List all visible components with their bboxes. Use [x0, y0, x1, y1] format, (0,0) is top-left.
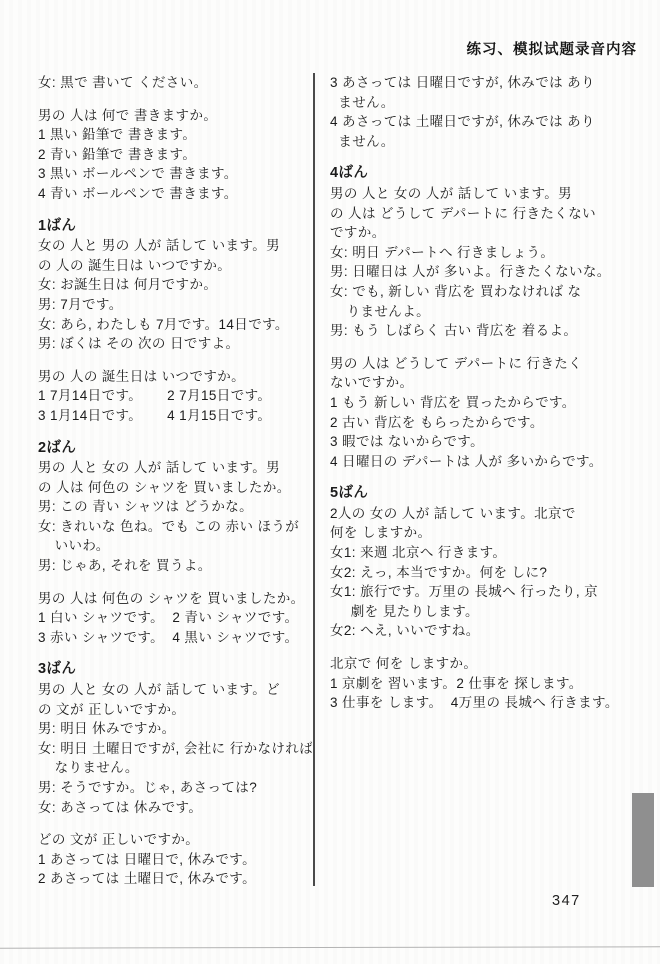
section: 男の 人は 何色の シャツを 買いましたか。1 白い シャツです。 2 青い シ… — [38, 589, 312, 648]
text-line: 女2: へえ, いいですね。 — [330, 621, 644, 641]
text-line: 女1: 旅行です。万里の 長城へ 行ったり, 京 — [330, 582, 644, 602]
text-line: 4 青い ボールペンで 書きます。 — [38, 184, 312, 204]
section: どの 文が 正しいですか。1 あさっては 日曜日で, 休みです。2 あさっては … — [38, 830, 312, 889]
text-line: の 人は 何色の シャツを 買いましたか。 — [38, 478, 312, 498]
text-line: 3 1月14日です。 4 1月15日です。 — [38, 406, 312, 426]
section-heading: 4ばん — [330, 164, 644, 184]
section: 3 あさっては 日曜日ですが, 休みでは あり ません。4 あさっては 土曜日で… — [330, 73, 644, 151]
text-line: ません。 — [330, 93, 644, 113]
section-heading: 3ばん — [38, 660, 312, 680]
text-line: 男: 7月です。 — [38, 295, 312, 315]
text-line: 3 あさっては 日曜日ですが, 休みでは あり — [330, 73, 644, 93]
text-line: りませんよ。 — [330, 302, 644, 322]
text-line: ないですか。 — [330, 373, 644, 393]
column-divider-rule — [313, 73, 315, 886]
text-line: 男の 人の 誕生日は いつですか。 — [38, 367, 312, 387]
text-line: 男: そうですか。じゃ, あさっては? — [38, 778, 312, 798]
text-line: 3 仕事を します。 4万里の 長城へ 行きます。 — [330, 693, 644, 713]
text-line: 男の 人は どうして デパートに 行きたく — [330, 354, 644, 374]
text-line: 1 京劇を 習います。2 仕事を 探します。 — [330, 674, 644, 694]
edge-tab — [632, 793, 654, 887]
text-line: 4 あさっては 土曜日ですが, 休みでは あり — [330, 112, 644, 132]
text-line: ません。 — [330, 132, 644, 152]
section: 4ばん男の 人と 女の 人が 話して います。男の 人は どうして デパートに … — [330, 164, 644, 340]
scanned-book-page: 练习、模拟试题录音内容 女: 黒で 書いて ください。男の 人は 何で 書きます… — [0, 0, 660, 964]
text-line: 1 もう 新しい 背広を 買ったからです。 — [330, 393, 644, 413]
section: 1ばん女の 人と 男の 人が 話して います。男の 人の 誕生日は いつですか。… — [38, 217, 312, 354]
text-line: どの 文が 正しいですか。 — [38, 830, 312, 850]
text-line: 男: ぼくは その 次の 日ですよ。 — [38, 334, 312, 354]
text-line: 女: 黒で 書いて ください。 — [38, 73, 312, 93]
text-line: 男: 日曜日は 人が 多いよ。行きたくないな。 — [330, 262, 644, 282]
page-header-title: 练习、模拟试题录音内容 — [467, 38, 638, 59]
text-line: 1 黒い 鉛筆で 書きます。 — [38, 125, 312, 145]
text-line: 1 白い シャツです。 2 青い シャツです。 — [38, 608, 312, 628]
text-line: 男: この 青い シャツは どうかな。 — [38, 497, 312, 517]
text-line: 2 青い 鉛筆で 書きます。 — [38, 145, 312, 165]
text-line: の 人の 誕生日は いつですか。 — [38, 256, 312, 276]
text-line: 女2: えっ, 本当ですか。何を しに? — [330, 563, 644, 583]
text-line: 男の 人と 女の 人が 話して います。ど — [38, 680, 312, 700]
text-line: 男の 人は 何色の シャツを 買いましたか。 — [38, 589, 312, 609]
section: 2ばん男の 人と 女の 人が 話して います。男の 人は 何色の シャツを 買い… — [38, 439, 312, 576]
text-line: 男の 人は 何で 書きますか。 — [38, 106, 312, 126]
text-line: 男: じゃあ, それを 買うよ。 — [38, 556, 312, 576]
text-line: 女: 明日 土曜日ですが, 会社に 行かなければ — [38, 739, 312, 759]
text-line: 男の 人と 女の 人が 話して います。男 — [330, 184, 644, 204]
text-line: 男: 明日 休みですか。 — [38, 719, 312, 739]
text-line: の 文が 正しいですか。 — [38, 700, 312, 720]
text-line: の 人は どうして デパートに 行きたくない — [330, 204, 644, 224]
text-line: 3 暇では ないからです。 — [330, 432, 644, 452]
text-line: 女: あら, わたしも 7月です。14日です。 — [38, 315, 312, 335]
text-line: 3 黒い ボールペンで 書きます。 — [38, 164, 312, 184]
text-line: いいわ。 — [38, 536, 312, 556]
column-left: 女: 黒で 書いて ください。男の 人は 何で 書きますか。1 黒い 鉛筆で 書… — [38, 73, 312, 902]
text-line: 女: あさっては 休みです。 — [38, 798, 312, 818]
text-line: 女: 明日 デパートへ 行きましょう。 — [330, 243, 644, 263]
text-line: 男: もう しばらく 古い 背広を 着るよ。 — [330, 321, 644, 341]
section: 北京で 何を しますか。1 京劇を 習います。2 仕事を 探します。3 仕事を … — [330, 654, 644, 713]
section-heading: 2ばん — [38, 439, 312, 459]
text-line: 何を しますか。 — [330, 523, 644, 543]
text-line: 3 赤い シャツです。 4 黒い シャツです。 — [38, 628, 312, 648]
text-line: 女の 人と 男の 人が 話して います。男 — [38, 236, 312, 256]
text-line: 女: きれいな 色ね。でも この 赤い ほうが — [38, 517, 312, 537]
text-line: ですか。 — [330, 223, 644, 243]
text-line: 北京で 何を しますか。 — [330, 654, 644, 674]
section-heading: 1ばん — [38, 217, 312, 237]
section: 男の 人の 誕生日は いつですか。1 7月14日です。 2 7月15日です。3 … — [38, 367, 312, 426]
text-line: 1 7月14日です。 2 7月15日です。 — [38, 386, 312, 406]
text-line: 2 あさっては 土曜日で, 休みです。 — [38, 869, 312, 889]
section: 5ばん2人の 女の 人が 話して います。北京で何を しますか。女1: 来週 北… — [330, 484, 644, 641]
page-number: 347 — [552, 893, 581, 909]
column-right: 3 あさっては 日曜日ですが, 休みでは あり ません。4 あさっては 土曜日で… — [330, 73, 644, 726]
text-line: 女: お誕生日は 何月ですか。 — [38, 275, 312, 295]
text-line: なりません。 — [38, 758, 312, 778]
text-line: 2 古い 背広を もらったからです。 — [330, 413, 644, 433]
text-line: 1 あさっては 日曜日で, 休みです。 — [38, 850, 312, 870]
text-line: 女1: 来週 北京へ 行きます。 — [330, 543, 644, 563]
text-line: 劇を 見たりします。 — [330, 602, 644, 622]
section-heading: 5ばん — [330, 484, 644, 504]
text-line: 2人の 女の 人が 話して います。北京で — [330, 504, 644, 524]
page-edge-shadow — [0, 946, 660, 948]
section: 3ばん男の 人と 女の 人が 話して います。どの 文が 正しいですか。男: 明… — [38, 660, 312, 817]
section: 男の 人は 何で 書きますか。1 黒い 鉛筆で 書きます。2 青い 鉛筆で 書き… — [38, 106, 312, 204]
text-line: 男の 人と 女の 人が 話して います。男 — [38, 458, 312, 478]
section: 女: 黒で 書いて ください。 — [38, 73, 312, 93]
section: 男の 人は どうして デパートに 行きたくないですか。1 もう 新しい 背広を … — [330, 354, 644, 472]
text-line: 4 日曜日の デパートは 人が 多いからです。 — [330, 452, 644, 472]
text-line: 女: でも, 新しい 背広を 買わなければ な — [330, 282, 644, 302]
